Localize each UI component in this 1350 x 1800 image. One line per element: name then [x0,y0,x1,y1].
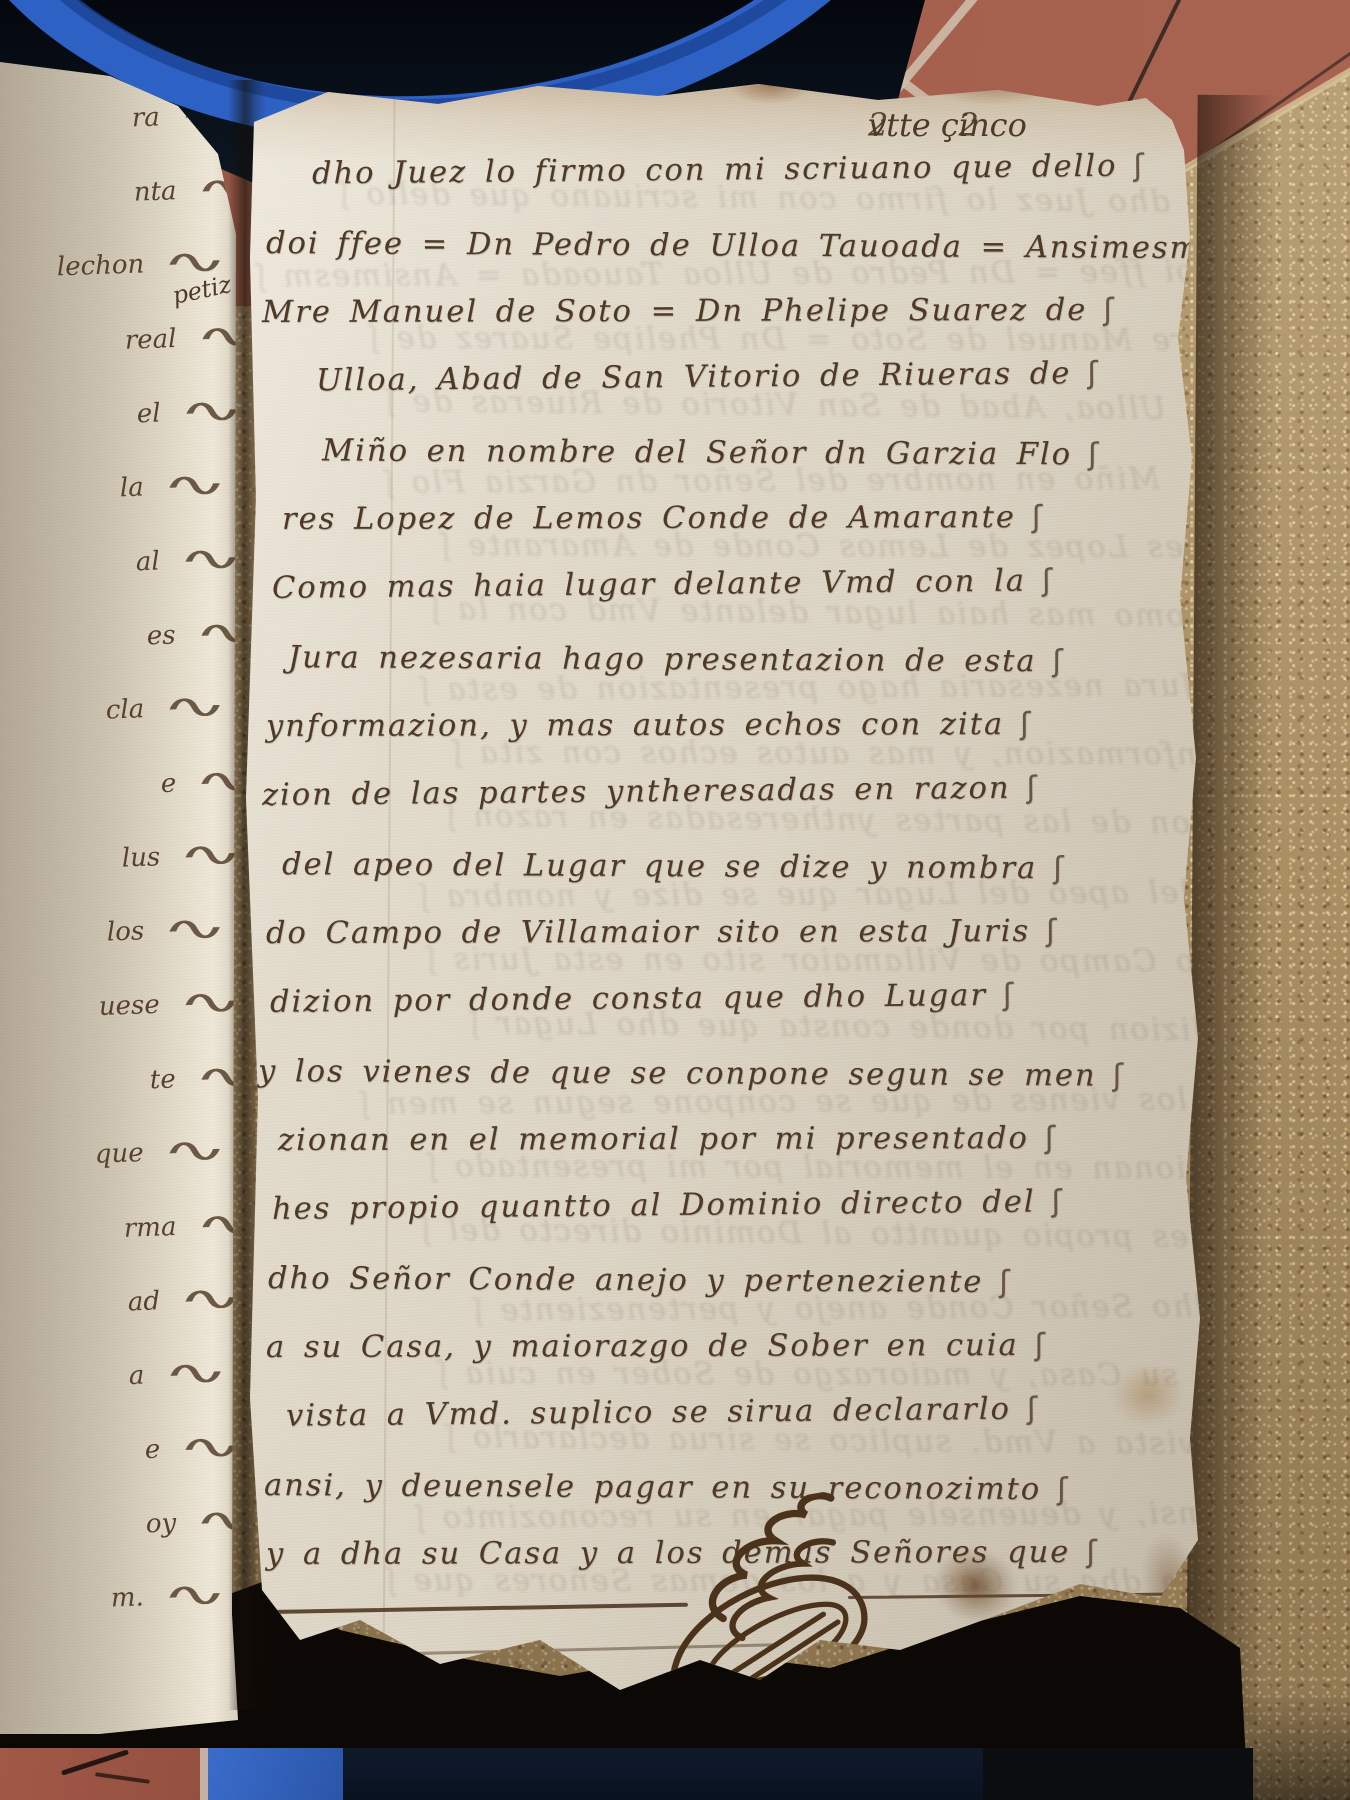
line-end-fragment: es [147,619,229,662]
text-lines: dho Juez lo firmo con mi scriuano que de… [256,140,1200,1696]
line-end-fragment: el [136,397,213,440]
floor-scuff-mark [61,1749,129,1775]
text-line: ynformazion, y mas autos echos con zita [256,690,1200,761]
line-end-fragment: la [120,471,197,514]
line-end-fragment: lus [121,840,213,883]
line-end-fragment: a [128,1359,197,1401]
text-line: res Lopez de Lemos Conde de Amarante [256,483,1200,554]
text-line: do Campo de Villamaior sito en esta Juri… [256,897,1200,968]
line-end-fragment: m. [111,1581,197,1624]
text-line: dho Juez lo firmo con mi scriuano que de… [256,131,1201,209]
text-line: a su Casa, y maiorazgo de Sober en cuia [256,1311,1200,1382]
text-line: Ulloa, Abad de San Vitorio de Riueras de [256,338,1201,416]
manuscript-page: 2 2vtte çinco dho Juez lo firmo con mi s… [238,78,1206,1696]
line-end-fragment: rma [123,1210,229,1254]
text-line: dho Señor Conde anejo y perteneziente [256,1244,1200,1318]
facing-page-edge: ra nta lechon real el la al es cla e lus… [0,54,242,1734]
line-end-fragment: cla [105,692,197,735]
line-end-fragment: uese [99,988,213,1032]
line-end-fragment: al [136,545,213,588]
line-end-fragment: real [124,322,229,366]
line-end-fragment: ad [127,1285,212,1328]
text-line: Mre Manuel de Soto = Dn Phelipe Suarez d… [256,276,1200,347]
text-line: dizion por donde consta que dho Lugar [256,959,1201,1037]
text-line: doi ffee = Dn Pedro de Ulloa Tauoada = A… [256,209,1200,283]
line-end-fragment: e [144,1433,213,1475]
text-line: Como mas haia lugar delante Vmd con la [256,545,1201,623]
text-line: y los vienes de que se conpone segun se … [256,1037,1200,1111]
text-line: Jura nezesaria hago presentazion de esta [256,623,1200,697]
text-line: Miño en nombre del Señor dn Garzia Flo [256,416,1200,490]
text-line: del apeo del Lugar que se dize y nombra [256,830,1200,904]
line-end-fragment: nta [133,174,229,217]
blue-object-bottom [208,1748,343,1800]
floor-scuff-mark [95,1772,150,1784]
book-cast-shadow [1186,95,1275,1726]
floor-shadow-bottom [343,1748,983,1800]
line-end-fragment: oy [145,1507,228,1550]
line-end-fragment: los [106,914,196,957]
floor-shadow-bottom [983,1748,1253,1800]
line-end-fragment: te [150,1063,229,1106]
text-line: zion de las partes yntheresadas en razon [256,752,1201,830]
line-end-fragment: que [95,1136,197,1179]
text-line: zionan en el memorial por mi presentado [256,1104,1200,1175]
photo-of-manuscript: ra nta lechon real el la al es cla e lus… [0,0,1350,1800]
floor-tile-bottom-left [0,1748,205,1800]
line-end-fragment: e [160,767,229,809]
text-line: vista a Vmd. suplico se sirua declararlo [256,1373,1201,1451]
text-line: hes propio quantto al Dominio directo de… [256,1166,1201,1244]
tile-grout-line [200,1748,208,1800]
